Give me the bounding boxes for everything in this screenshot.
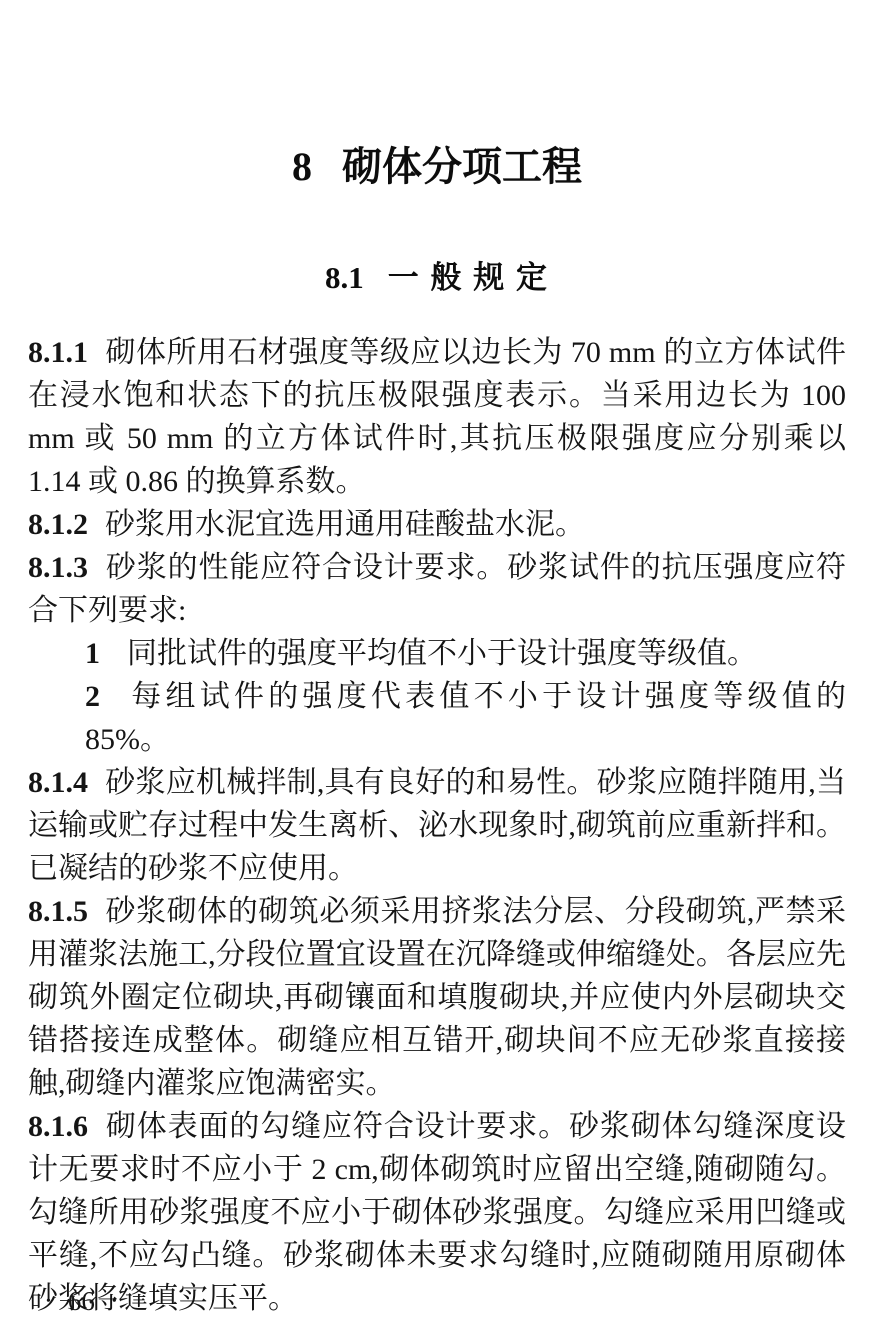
clause-8-1-6: 8.1.6砌体表面的勾缝应符合设计要求。砂浆砌体勾缝深度设计无要求时不应小于 2…	[28, 1105, 846, 1320]
clause-8-1-2: 8.1.2砂浆用水泥宜选用通用硅酸盐水泥。	[28, 503, 846, 546]
clause-number: 8.1.2	[28, 508, 88, 541]
clause-8-1-1: 8.1.1砌体所用石材强度等级应以边长为 70 mm 的立方体试件在浸水饱和状态…	[28, 331, 846, 503]
footer-right-dot-icon: •	[112, 1295, 117, 1309]
document-page: 8砌体分项工程 8.1一 般 规 定 8.1.1砌体所用石材强度等级应以边长为 …	[0, 0, 874, 1343]
page-footer: • 66 •	[46, 1286, 117, 1317]
clause-text: 砌体表面的勾缝应符合设计要求。砂浆砌体勾缝深度设计无要求时不应小于 2 cm,砌…	[28, 1110, 846, 1315]
chapter-name: 砌体分项工程	[342, 145, 582, 189]
section-title: 8.1一 般 规 定	[0, 258, 874, 297]
clause-number: 8.1.6	[28, 1110, 88, 1143]
clause-number: 8.1.3	[28, 551, 88, 584]
document-body: 8.1.1砌体所用石材强度等级应以边长为 70 mm 的立方体试件在浸水饱和状态…	[28, 331, 846, 1320]
list-item-number: 2	[85, 680, 100, 713]
clause-8-1-3-item-2: 2每组试件的强度代表值不小于设计强度等级值的 85%。	[28, 675, 846, 761]
list-item-text: 每组试件的强度代表值不小于设计强度等级值的 85%。	[85, 680, 846, 756]
list-item-number: 1	[85, 637, 100, 670]
chapter-title: 8砌体分项工程	[0, 0, 874, 191]
clause-8-1-4: 8.1.4砂浆应机械拌制,具有良好的和易性。砂浆应随拌随用,当运输或贮存过程中发…	[28, 761, 846, 890]
list-item-text: 同批试件的强度平均值不小于设计强度等级值。	[127, 637, 757, 670]
section-name: 一 般 规 定	[388, 260, 549, 295]
clause-text: 砂浆的性能应符合设计要求。砂浆试件的抗压强度应符合下列要求:	[28, 551, 846, 627]
clause-text: 砂浆砌体的砌筑必须采用挤浆法分层、分段砌筑,严禁采用灌浆法施工,分段位置宜设置在…	[28, 895, 846, 1100]
chapter-number: 8	[292, 144, 312, 189]
clause-8-1-3: 8.1.3砂浆的性能应符合设计要求。砂浆试件的抗压强度应符合下列要求:	[28, 546, 846, 632]
clause-8-1-5: 8.1.5砂浆砌体的砌筑必须采用挤浆法分层、分段砌筑,严禁采用灌浆法施工,分段位…	[28, 890, 846, 1105]
page-number: 66	[68, 1286, 95, 1317]
clause-number: 8.1.1	[28, 336, 88, 369]
clause-text: 砂浆用水泥宜选用通用硅酸盐水泥。	[105, 508, 585, 541]
clause-text: 砌体所用石材强度等级应以边长为 70 mm 的立方体试件在浸水饱和状态下的抗压极…	[28, 336, 846, 498]
clause-number: 8.1.4	[28, 766, 88, 799]
clause-number: 8.1.5	[28, 895, 88, 928]
clause-8-1-3-item-1: 1同批试件的强度平均值不小于设计强度等级值。	[28, 632, 846, 675]
section-number: 8.1	[325, 260, 364, 295]
clause-text: 砂浆应机械拌制,具有良好的和易性。砂浆应随拌随用,当运输或贮存过程中发生离析、泌…	[28, 766, 846, 885]
footer-left-dot-icon: •	[46, 1295, 51, 1309]
